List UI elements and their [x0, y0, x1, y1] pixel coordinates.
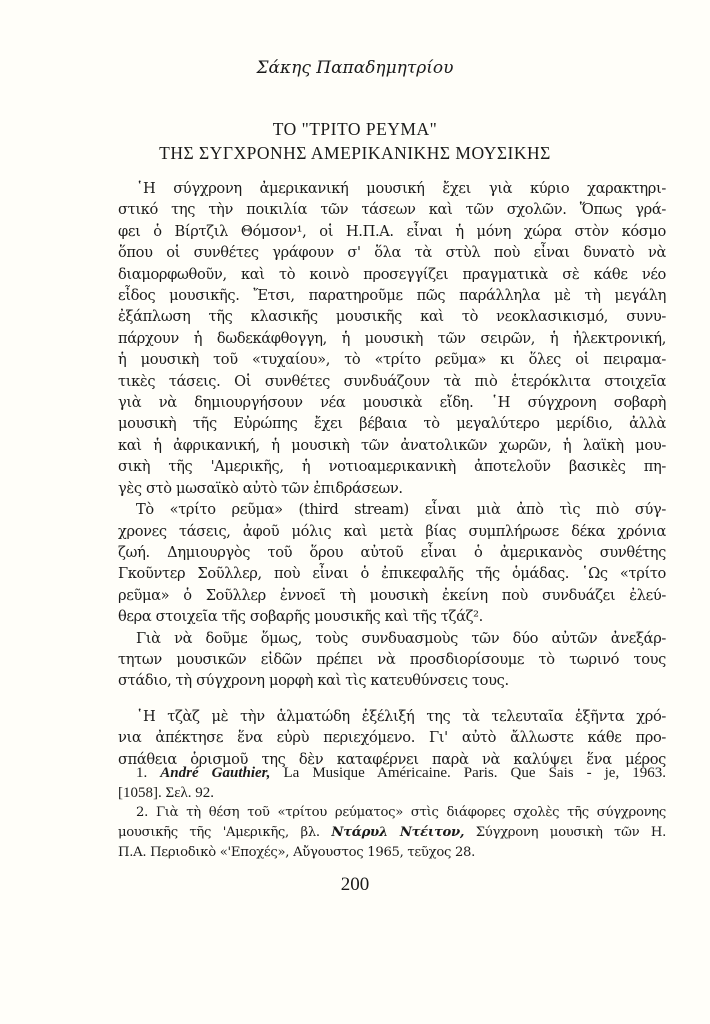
text-line: Γιὰ νὰ δοῦμε ὅμως, τοὺς συνδυασμοὺς τῶν … [118, 628, 666, 649]
footnote-text: μουσικῆς τῆς 'Αμερικῆς, βλ. [118, 825, 320, 840]
paragraph-4: ῾Η τζὰζ μὲ τὴν ἁλματώδη ἐξέλιξή της τὰ τ… [118, 706, 666, 770]
text-line: γιὰ νὰ δημιουργήσουν νέα μουσικὰ εἴδη. ῾… [118, 392, 666, 413]
book-page: Σάκης Παπαδημητρίου ΤΟ "ΤΡΙΤΟ ΡΕΥΜΑ" ΤΗΣ… [0, 0, 710, 1024]
paragraph-2: Τὸ «τρίτο ρεῦμα» (third stream) εἶναι μι… [118, 499, 666, 627]
text-line: στάδιο, τὴ σύγχρονη μορφὴ καὶ τὶς κατευθ… [118, 670, 666, 691]
text-line: γὲς στὸ μωσαϊκὸ αὐτὸ τῶν ἐπιδράσεων. [118, 478, 666, 499]
text-line: χρονες τάσεις, ἀφοῦ μόλις καὶ μετὰ βίας … [118, 521, 666, 542]
text-line: διαμορφωθοῦν, καὶ τὸ κοινὸ προσεγγίζει π… [118, 264, 666, 285]
author-name: Σάκης Παπαδημητρίου [0, 58, 710, 78]
text-line: ῾Η τζὰζ μὲ τὴν ἁλματώδη ἐξέλιξή της τὰ τ… [118, 706, 666, 727]
paragraph-1: ῾Η σύγχρονη ἀμερικανική μουσική ἔχει γιὰ… [118, 178, 666, 499]
text-line: καὶ ἡ ἀφρικανική, ἡ μουσικὴ τῶν ἀνατολικ… [118, 435, 666, 456]
footnote-line: Π.Α. Περιοδικὸ «'Εποχές», Αὔγουστος 1965… [118, 843, 666, 863]
text-line: Τὸ «τρίτο ρεῦμα» (third stream) εἶναι μι… [118, 499, 666, 520]
text-line: ζωή. Δημιουργὸς τοῦ ὅρου αὐτοῦ εἶναι ὁ ἀ… [118, 542, 666, 563]
text-line: μουσικὴ τῆς Εὐρώπης ἔχει βέβαια τὸ μεγαλ… [118, 413, 666, 434]
article-title: ΤΟ "ΤΡΙΤΟ ΡΕΥΜΑ" ΤΗΣ ΣΥΓΧΡΟΝΗΣ ΑΜΕΡΙΚΑΝΙ… [0, 117, 710, 165]
text-line: ρεῦμα» ὁ Σοῦλλερ ἐννοεῖ τὴ μουσικὴ ἐκείν… [118, 585, 666, 606]
text-line: πάρχουν ἡ δωδεκάφθογγη, ἡ μουσικὴ τῶν σε… [118, 328, 666, 349]
paragraph-3: Γιὰ νὰ δοῦμε ὅμως, τοὺς συνδυασμοὺς τῶν … [118, 628, 666, 692]
title-line-1: ΤΟ "ΤΡΙΤΟ ΡΕΥΜΑ" [0, 117, 710, 141]
paragraph-gap [118, 692, 666, 706]
footnote-line: 2. Γιὰ τὴ θέση τοῦ «τρίτου ρεύματος» στὶ… [118, 803, 666, 823]
title-line-2: ΤΗΣ ΣΥΓΧΡΟΝΗΣ ΑΜΕΡΙΚΑΝΙΚΗΣ ΜΟΥΣΙΚΗΣ [0, 141, 710, 165]
text-line: ἡ μουσικὴ τοῦ «τυχαίου», τὸ «τρίτο ρεῦμα… [118, 349, 666, 370]
footnote-line: [1058]. Σελ. 92. [118, 783, 666, 803]
footnote-line: 1. André Gauthier, La Musique Américaine… [118, 763, 666, 783]
footnote-author: Ντάρυλ Ντέιτον, [331, 825, 464, 840]
text-line: εἶδος μουσικῆς. Ἔτσι, παρατηροῦμε πῶς πα… [118, 285, 666, 306]
footnote-text: Σύγχρονη μουσικὴ τῶν Η. [476, 825, 666, 840]
footnote-line: μουσικῆς τῆς 'Αμερικῆς, βλ. Ντάρυλ Ντέιτ… [118, 823, 666, 843]
text-line: ῾Η σύγχρονη ἀμερικανική μουσική ἔχει γιὰ… [118, 178, 666, 199]
text-line: φει ὁ Βίρτζιλ Θόμσον¹, οἱ Η.Π.Α. εἶναι ἡ… [118, 221, 666, 242]
footnote-number: 1. [136, 765, 147, 781]
article-body: ῾Η σύγχρονη ἀμερικανική μουσική ἔχει γιὰ… [118, 178, 666, 770]
footnotes: 1. André Gauthier, La Musique Américaine… [118, 763, 666, 863]
text-line: θερα στοιχεῖα τῆς σοβαρῆς μουσικῆς καὶ τ… [118, 606, 666, 627]
footnote-1: 1. André Gauthier, La Musique Américaine… [118, 763, 666, 803]
footnote-2: 2. Γιὰ τὴ θέση τοῦ «τρίτου ρεύματος» στὶ… [118, 803, 666, 863]
footnote-text: La Musique Américaine. Paris. Que Sais -… [283, 765, 666, 781]
footnote-author: André Gauthier, [160, 765, 270, 781]
text-line: ὅπου οἱ συνθέτες γράφουν σ' ὅλα τὰ στὺλ … [118, 242, 666, 263]
text-line: τικὲς τάσεις. Οἱ συνθέτες συνδυάζουν τὰ … [118, 371, 666, 392]
text-line: σικὴ τῆς 'Αμερικῆς, ἡ νοτιοαμερικανικὴ ἀ… [118, 456, 666, 477]
text-line: τητων μουσικῶν εἰδῶν πρέπει νὰ προσδιορί… [118, 649, 666, 670]
page-number: 200 [0, 874, 710, 896]
text-line: νια ἀπέκτησε ἕνα εὐρὺ περιεχόμενο. Γι' α… [118, 727, 666, 748]
text-line: Γκοῦντερ Σοῦλλερ, ποὺ εἶναι ὁ ἐπικεφαλῆς… [118, 563, 666, 584]
text-line: στικό της τὴν ποικιλία τῶν τάσεων καὶ τῶ… [118, 199, 666, 220]
text-line: ἐξάπλωση τῆς κλασικῆς μουσικῆς καὶ τὸ νε… [118, 306, 666, 327]
